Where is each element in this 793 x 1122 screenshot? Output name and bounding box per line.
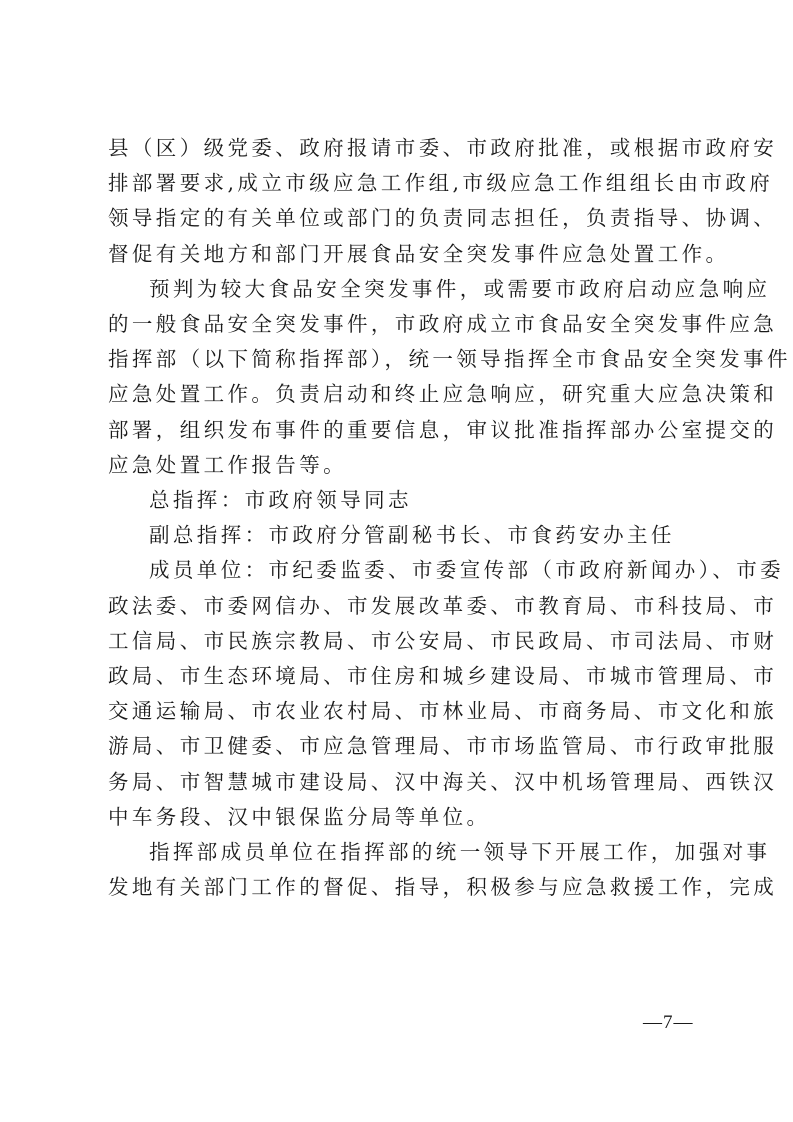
paragraph-member-duties: 指挥部成员单位在指挥部的统一领导下开展工作，加强对事 发地有关部门工作的督促、指… xyxy=(108,835,684,905)
paragraph-municipal-work-group: 县（区）级党委、政府报请市委、市政府批准，或根据市政府安 排部署要求,成立市级应… xyxy=(108,131,684,272)
text-line: 成员单位：市纪委监委、市委宣传部（市政府新闻办）、市委 xyxy=(108,553,684,588)
text-line: 政法委、市委网信办、市发展改革委、市教育局、市科技局、市 xyxy=(108,589,684,624)
text-line: 交通运输局、市农业农村局、市林业局、市商务局、市文化和旅 xyxy=(108,694,684,729)
text-line: 发地有关部门工作的督促、指导，积极参与应急救援工作，完成 xyxy=(108,870,684,905)
paragraph-command-headquarters: 预判为较大食品安全突发事件，或需要市政府启动应急响应 的一般食品安全突发事件，市… xyxy=(108,272,684,483)
text-line: 工信局、市民族宗教局、市公安局、市民政局、市司法局、市财 xyxy=(108,624,684,659)
text-line: 务局、市智慧城市建设局、汉中海关、汉中机场管理局、西铁汉 xyxy=(108,765,684,800)
text-line: 督促有关地方和部门开展食品安全突发事件应急处置工作。 xyxy=(108,237,684,272)
text-line: 指挥部（以下简称指挥部），统一领导指挥全市食品安全突发事件 xyxy=(108,342,684,377)
text-line: 政局、市生态环境局、市住房和城乡建设局、市城市管理局、市 xyxy=(108,659,684,694)
text-line: 中车务段、汉中银保监分局等单位。 xyxy=(108,800,684,835)
text-line: 部署，组织发布事件的重要信息，审议批准指挥部办公室提交的 xyxy=(108,413,684,448)
document-page: 县（区）级党委、政府报请市委、市政府批准，或根据市政府安 排部署要求,成立市级应… xyxy=(0,0,793,1122)
text-line: 县（区）级党委、政府报请市委、市政府批准，或根据市政府安 xyxy=(108,131,684,166)
body-text: 县（区）级党委、政府报请市委、市政府批准，或根据市政府安 排部署要求,成立市级应… xyxy=(108,131,684,905)
text-line: 应急处置工作。负责启动和终止应急响应，研究重大应急决策和 xyxy=(108,377,684,412)
text-line: 的一般食品安全突发事件，市政府成立市食品安全突发事件应急 xyxy=(108,307,684,342)
paragraph-chief-commander: 总指挥：市政府领导同志 xyxy=(108,483,684,518)
text-line: 应急处置工作报告等。 xyxy=(108,448,684,483)
text-line: 指挥部成员单位在指挥部的统一领导下开展工作，加强对事 xyxy=(108,835,684,870)
text-line: 预判为较大食品安全突发事件，或需要市政府启动应急响应 xyxy=(108,272,684,307)
paragraph-member-units: 成员单位：市纪委监委、市委宣传部（市政府新闻办）、市委 政法委、市委网信办、市发… xyxy=(108,553,684,835)
text-line: 游局、市卫健委、市应急管理局、市市场监管局、市行政审批服 xyxy=(108,729,684,764)
text-line: 排部署要求,成立市级应急工作组,市级应急工作组组长由市政府 xyxy=(108,166,684,201)
text-line: 总指挥：市政府领导同志 xyxy=(108,483,684,518)
page-number: —7— xyxy=(643,1012,694,1034)
text-line: 领导指定的有关单位或部门的负责同志担任，负责指导、协调、 xyxy=(108,201,684,236)
paragraph-deputy-commander: 副总指挥：市政府分管副秘书长、市食药安办主任 xyxy=(108,518,684,553)
text-line: 副总指挥：市政府分管副秘书长、市食药安办主任 xyxy=(108,518,684,553)
